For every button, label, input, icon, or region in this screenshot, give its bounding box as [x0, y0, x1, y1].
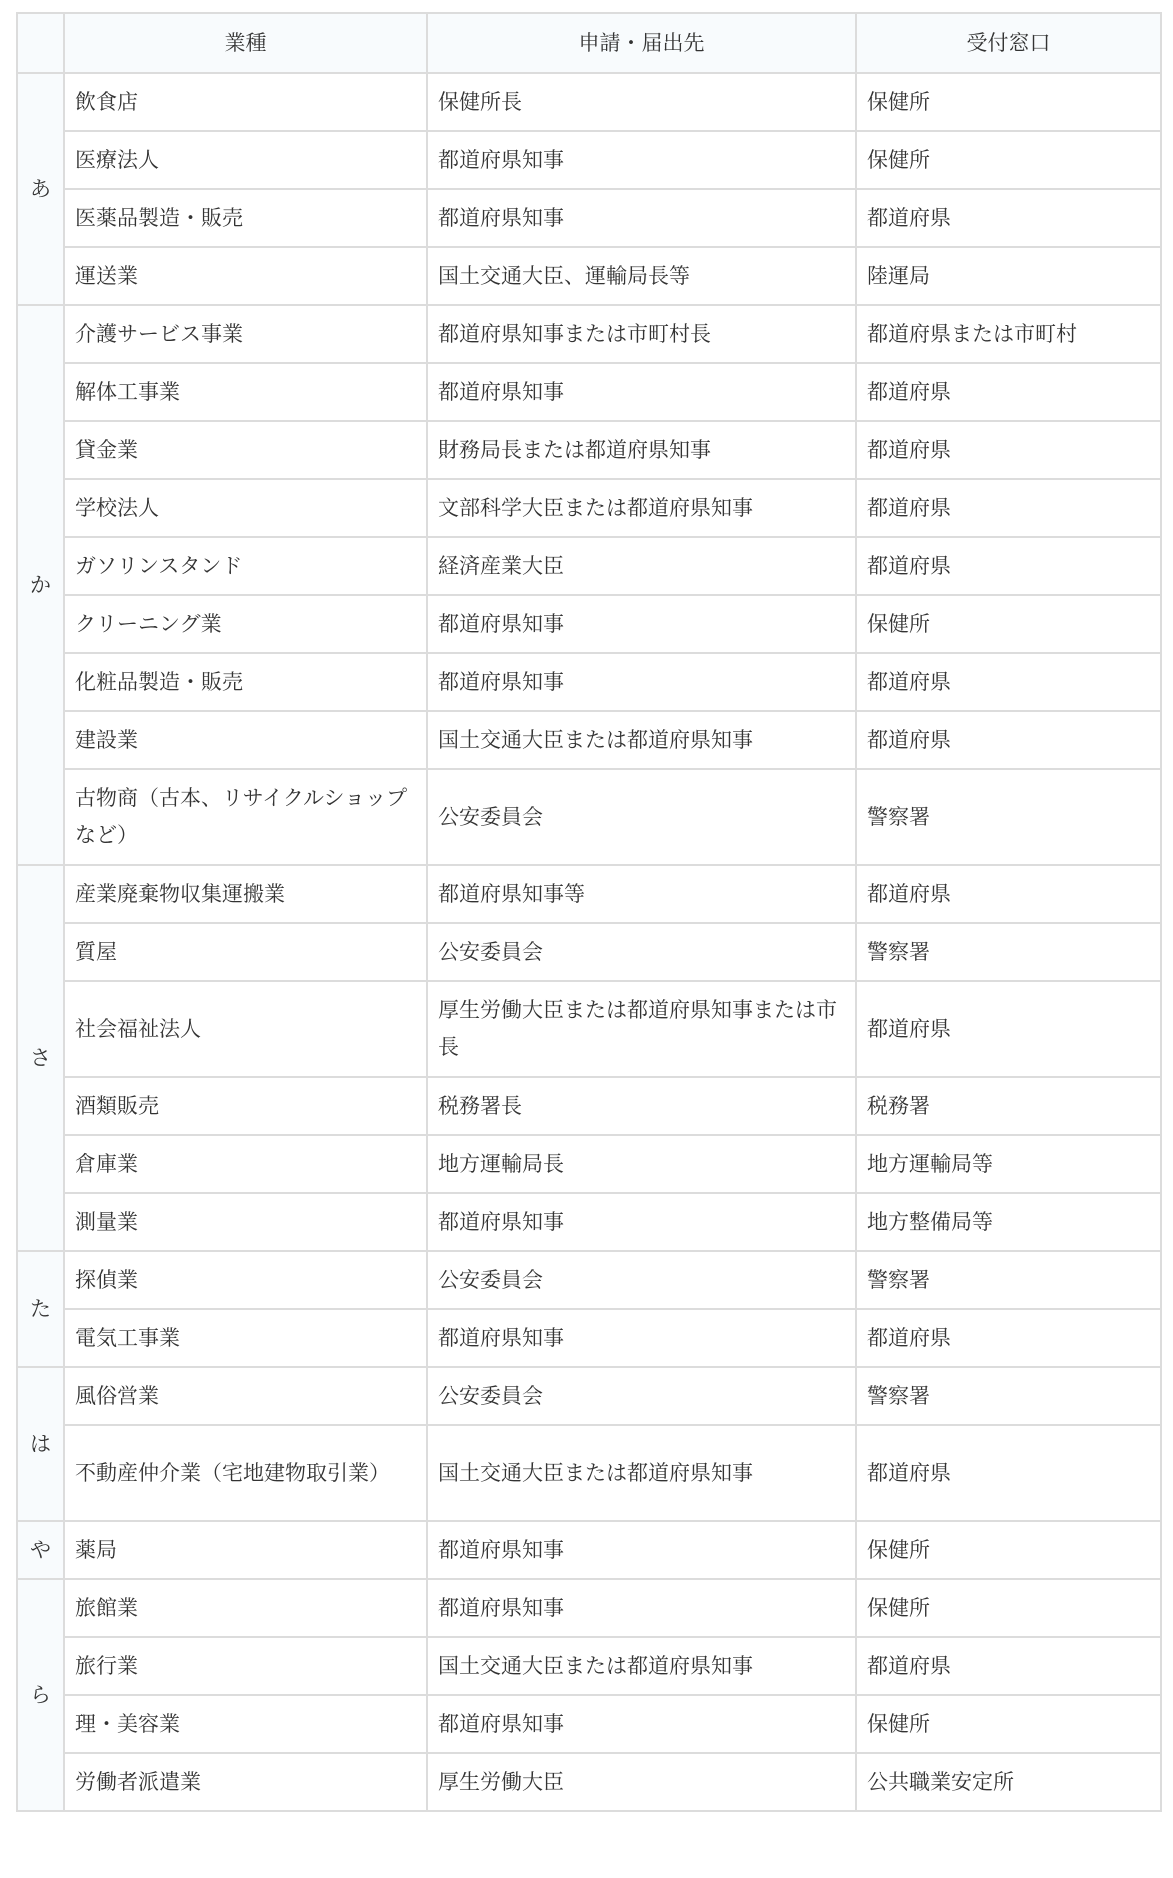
reception-desk: 警察署 [856, 1367, 1161, 1425]
reception-desk: 都道府県 [856, 363, 1161, 421]
application-destination: 都道府県知事または市町村長 [427, 305, 856, 363]
reception-desk: 保健所 [856, 1521, 1161, 1579]
application-destination: 経済産業大臣 [427, 537, 856, 595]
reception-desk: 陸運局 [856, 247, 1161, 305]
business-type: 質屋 [64, 923, 427, 981]
business-type: 化粧品製造・販売 [64, 653, 427, 711]
application-destination: 国土交通大臣または都道府県知事 [427, 1425, 856, 1521]
table-row: クリーニング業 都道府県知事 保健所 [17, 595, 1161, 653]
business-type: 酒類販売 [64, 1077, 427, 1135]
application-destination: 都道府県知事 [427, 595, 856, 653]
reception-desk: 都道府県または市町村 [856, 305, 1161, 363]
reception-desk: 都道府県 [856, 865, 1161, 923]
table-row: 電気工事業 都道府県知事 都道府県 [17, 1309, 1161, 1367]
reception-desk: 警察署 [856, 923, 1161, 981]
table-row: 旅行業 国土交通大臣または都道府県知事 都道府県 [17, 1637, 1161, 1695]
reception-desk: 都道府県 [856, 981, 1161, 1077]
reception-desk: 地方整備局等 [856, 1193, 1161, 1251]
reception-desk: 公共職業安定所 [856, 1753, 1161, 1811]
business-type: 探偵業 [64, 1251, 427, 1309]
reception-desk: 警察署 [856, 1251, 1161, 1309]
business-type: 不動産仲介業（宅地建物取引業） [64, 1425, 427, 1521]
table-row: や 薬局 都道府県知事 保健所 [17, 1521, 1161, 1579]
business-type: 医薬品製造・販売 [64, 189, 427, 247]
reception-desk: 都道府県 [856, 421, 1161, 479]
business-type: 解体工事業 [64, 363, 427, 421]
business-type: 理・美容業 [64, 1695, 427, 1753]
business-type: 薬局 [64, 1521, 427, 1579]
application-destination: 公安委員会 [427, 1367, 856, 1425]
table-row: 社会福祉法人 厚生労働大臣または都道府県知事または市長 都道府県 [17, 981, 1161, 1077]
business-type: 風俗営業 [64, 1367, 427, 1425]
reception-desk: 地方運輸局等 [856, 1135, 1161, 1193]
table-row: 運送業 国土交通大臣、運輸局長等 陸運局 [17, 247, 1161, 305]
application-destination: 公安委員会 [427, 1251, 856, 1309]
application-destination: 都道府県知事 [427, 189, 856, 247]
application-destination: 都道府県知事等 [427, 865, 856, 923]
business-type: ガソリンスタンド [64, 537, 427, 595]
business-type: 倉庫業 [64, 1135, 427, 1193]
header-business-type: 業種 [64, 13, 427, 73]
reception-desk: 都道府県 [856, 1425, 1161, 1521]
table-row: ガソリンスタンド 経済産業大臣 都道府県 [17, 537, 1161, 595]
business-type: 社会福祉法人 [64, 981, 427, 1077]
application-destination: 公安委員会 [427, 923, 856, 981]
kana-group-ha: は [17, 1367, 64, 1521]
application-destination: 都道府県知事 [427, 1309, 856, 1367]
reception-desk: 都道府県 [856, 479, 1161, 537]
table-row: さ 産業廃棄物収集運搬業 都道府県知事等 都道府県 [17, 865, 1161, 923]
table-row: か 介護サービス事業 都道府県知事または市町村長 都道府県または市町村 [17, 305, 1161, 363]
reception-desk: 都道府県 [856, 1637, 1161, 1695]
application-destination: 厚生労働大臣または都道府県知事または市長 [427, 981, 856, 1077]
application-destination: 都道府県知事 [427, 653, 856, 711]
table-row: 学校法人 文部科学大臣または都道府県知事 都道府県 [17, 479, 1161, 537]
table-row: 質屋 公安委員会 警察署 [17, 923, 1161, 981]
kana-group-ya: や [17, 1521, 64, 1579]
table-row: 化粧品製造・販売 都道府県知事 都道府県 [17, 653, 1161, 711]
reception-desk: 都道府県 [856, 653, 1161, 711]
application-destination: 厚生労働大臣 [427, 1753, 856, 1811]
table-row: 労働者派遣業 厚生労働大臣 公共職業安定所 [17, 1753, 1161, 1811]
application-destination: 都道府県知事 [427, 131, 856, 189]
reception-desk: 都道府県 [856, 711, 1161, 769]
table-row: 酒類販売 税務署長 税務署 [17, 1077, 1161, 1135]
application-destination: 保健所長 [427, 73, 856, 131]
application-destination: 国土交通大臣または都道府県知事 [427, 711, 856, 769]
reception-desk: 保健所 [856, 595, 1161, 653]
kana-group-sa: さ [17, 865, 64, 1251]
business-type: 旅行業 [64, 1637, 427, 1695]
kana-group-ta: た [17, 1251, 64, 1367]
application-destination: 税務署長 [427, 1077, 856, 1135]
table-row: 解体工事業 都道府県知事 都道府県 [17, 363, 1161, 421]
business-type: 産業廃棄物収集運搬業 [64, 865, 427, 923]
table-row: 医療法人 都道府県知事 保健所 [17, 131, 1161, 189]
table-row: た 探偵業 公安委員会 警察署 [17, 1251, 1161, 1309]
reception-desk: 都道府県 [856, 189, 1161, 247]
application-destination: 地方運輸局長 [427, 1135, 856, 1193]
business-permit-table: 業種 申請・届出先 受付窓口 あ 飲食店 保健所長 保健所 医療法人 都道府県知… [16, 12, 1162, 1812]
reception-desk: 保健所 [856, 1695, 1161, 1753]
kana-group-ka: か [17, 305, 64, 865]
reception-desk: 保健所 [856, 73, 1161, 131]
table-row: 不動産仲介業（宅地建物取引業） 国土交通大臣または都道府県知事 都道府県 [17, 1425, 1161, 1521]
header-kana [17, 13, 64, 73]
application-destination: 公安委員会 [427, 769, 856, 865]
business-type: 労働者派遣業 [64, 1753, 427, 1811]
business-type: 運送業 [64, 247, 427, 305]
business-type: 飲食店 [64, 73, 427, 131]
kana-group-a: あ [17, 73, 64, 305]
business-type: 学校法人 [64, 479, 427, 537]
business-type: 医療法人 [64, 131, 427, 189]
table-row: ら 旅館業 都道府県知事 保健所 [17, 1579, 1161, 1637]
table-row: あ 飲食店 保健所長 保健所 [17, 73, 1161, 131]
application-destination: 都道府県知事 [427, 1521, 856, 1579]
application-destination: 都道府県知事 [427, 1695, 856, 1753]
table-row: は 風俗営業 公安委員会 警察署 [17, 1367, 1161, 1425]
table-row: 理・美容業 都道府県知事 保健所 [17, 1695, 1161, 1753]
reception-desk: 保健所 [856, 131, 1161, 189]
business-type: 建設業 [64, 711, 427, 769]
reception-desk: 警察署 [856, 769, 1161, 865]
application-destination: 国土交通大臣または都道府県知事 [427, 1637, 856, 1695]
application-destination: 国土交通大臣、運輸局長等 [427, 247, 856, 305]
table-row: 測量業 都道府県知事 地方整備局等 [17, 1193, 1161, 1251]
header-row: 業種 申請・届出先 受付窓口 [17, 13, 1161, 73]
business-type: 介護サービス事業 [64, 305, 427, 363]
table-row: 貸金業 財務局長または都道府県知事 都道府県 [17, 421, 1161, 479]
application-destination: 財務局長または都道府県知事 [427, 421, 856, 479]
table-row: 古物商（古本、リサイクルショップなど） 公安委員会 警察署 [17, 769, 1161, 865]
table-row: 建設業 国土交通大臣または都道府県知事 都道府県 [17, 711, 1161, 769]
kana-group-ra: ら [17, 1579, 64, 1811]
table-row: 医薬品製造・販売 都道府県知事 都道府県 [17, 189, 1161, 247]
business-type: 電気工事業 [64, 1309, 427, 1367]
application-destination: 都道府県知事 [427, 363, 856, 421]
header-reception-desk: 受付窓口 [856, 13, 1161, 73]
business-type: クリーニング業 [64, 595, 427, 653]
table-row: 倉庫業 地方運輸局長 地方運輸局等 [17, 1135, 1161, 1193]
business-type: 測量業 [64, 1193, 427, 1251]
reception-desk: 保健所 [856, 1579, 1161, 1637]
reception-desk: 税務署 [856, 1077, 1161, 1135]
reception-desk: 都道府県 [856, 537, 1161, 595]
header-application-destination: 申請・届出先 [427, 13, 856, 73]
application-destination: 文部科学大臣または都道府県知事 [427, 479, 856, 537]
application-destination: 都道府県知事 [427, 1193, 856, 1251]
business-type: 貸金業 [64, 421, 427, 479]
application-destination: 都道府県知事 [427, 1579, 856, 1637]
business-type: 古物商（古本、リサイクルショップなど） [64, 769, 427, 865]
business-type: 旅館業 [64, 1579, 427, 1637]
reception-desk: 都道府県 [856, 1309, 1161, 1367]
